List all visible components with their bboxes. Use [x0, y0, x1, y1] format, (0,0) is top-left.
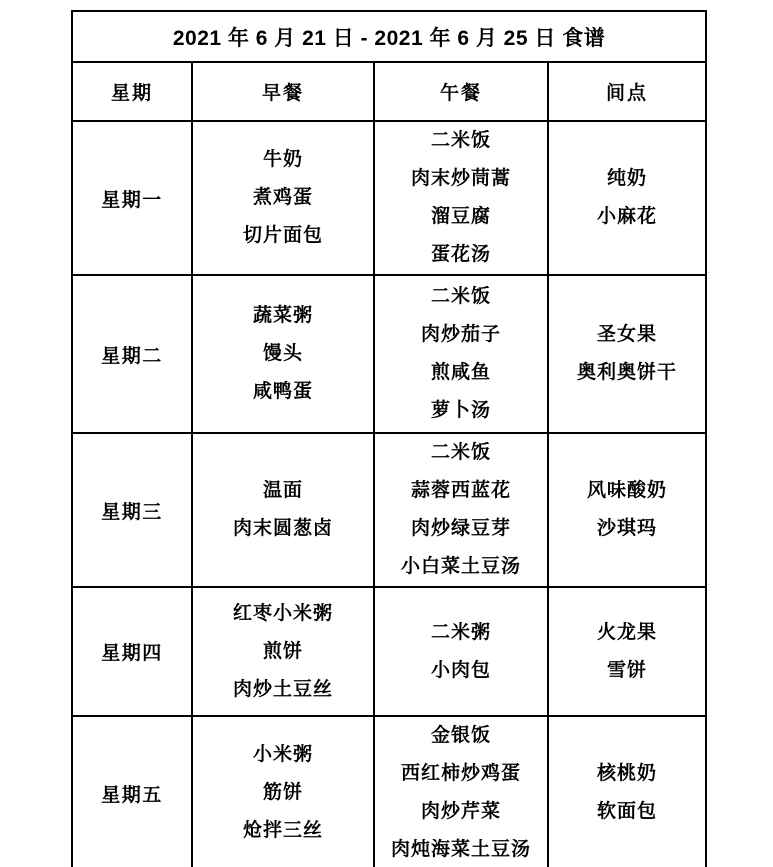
dish-item: 红枣小米粥 [193, 595, 373, 633]
document-page: 2021 年 6 月 21 日 - 2021 年 6 月 25 日 食谱 星期 … [0, 0, 773, 867]
dish-item: 二米饭 [375, 278, 547, 316]
lunch-cell: 二米饭 肉末炒茼蒿 溜豆腐 蛋花汤 [374, 121, 548, 275]
dish-item: 萝卜汤 [375, 392, 547, 430]
dish-item: 煎咸鱼 [375, 354, 547, 392]
table-row-thursday: 星期四 红枣小米粥 煎饼 肉炒土豆丝 二米粥 小肉包 火龙果 雪饼 [72, 587, 706, 716]
snack-cell: 核桃奶 软面包 [548, 716, 706, 867]
snack-cell: 圣女果 奥利奥饼干 [548, 275, 706, 433]
day-cell: 星期三 [72, 433, 192, 587]
dish-item: 蛋花汤 [375, 236, 547, 274]
lunch-cell: 二米饭 肉炒茄子 煎咸鱼 萝卜汤 [374, 275, 548, 433]
col-header-breakfast: 早餐 [192, 62, 374, 121]
dish-item: 煮鸡蛋 [193, 179, 373, 217]
table-row-wednesday: 星期三 温面 肉末圆葱卤 二米饭 蒜蓉西蓝花 肉炒绿豆芽 小白菜土豆汤 风味酸奶… [72, 433, 706, 587]
day-cell: 星期二 [72, 275, 192, 433]
col-header-weekday: 星期 [72, 62, 192, 121]
dish-item: 肉炒芹菜 [375, 793, 547, 831]
dish-item: 咸鸭蛋 [193, 373, 373, 411]
col-header-lunch: 午餐 [374, 62, 548, 121]
dish-item: 肉炒茄子 [375, 316, 547, 354]
breakfast-cell: 小米粥 筋饼 炝拌三丝 [192, 716, 374, 867]
day-cell: 星期四 [72, 587, 192, 716]
header-row: 星期 早餐 午餐 间点 [72, 62, 706, 121]
breakfast-cell: 牛奶 煮鸡蛋 切片面包 [192, 121, 374, 275]
lunch-cell: 二米饭 蒜蓉西蓝花 肉炒绿豆芽 小白菜土豆汤 [374, 433, 548, 587]
dish-item: 肉炒绿豆芽 [375, 510, 547, 548]
dish-item: 圣女果 [549, 316, 705, 354]
dish-item: 肉末圆葱卤 [193, 510, 373, 548]
breakfast-cell: 蔬菜粥 馒头 咸鸭蛋 [192, 275, 374, 433]
dish-item: 肉炖海菜土豆汤 [375, 831, 547, 867]
dish-item: 肉炒土豆丝 [193, 671, 373, 709]
lunch-cell: 金银饭 西红柿炒鸡蛋 肉炒芹菜 肉炖海菜土豆汤 [374, 716, 548, 867]
dish-item: 馒头 [193, 335, 373, 373]
snack-cell: 风味酸奶 沙琪玛 [548, 433, 706, 587]
snack-cell: 纯奶 小麻花 [548, 121, 706, 275]
day-cell: 星期五 [72, 716, 192, 867]
dish-item: 小麻花 [549, 198, 705, 236]
breakfast-cell: 温面 肉末圆葱卤 [192, 433, 374, 587]
snack-cell: 火龙果 雪饼 [548, 587, 706, 716]
dish-item: 肉末炒茼蒿 [375, 160, 547, 198]
dish-item: 煎饼 [193, 633, 373, 671]
dish-item: 软面包 [549, 793, 705, 831]
dish-item: 风味酸奶 [549, 472, 705, 510]
dish-item: 小米粥 [193, 736, 373, 774]
col-header-snack: 间点 [548, 62, 706, 121]
table-row-monday: 星期一 牛奶 煮鸡蛋 切片面包 二米饭 肉末炒茼蒿 溜豆腐 蛋花汤 纯奶 小麻花 [72, 121, 706, 275]
dish-item: 蒜蓉西蓝花 [375, 472, 547, 510]
dish-item: 二米粥 [375, 614, 547, 652]
dish-item: 二米饭 [375, 434, 547, 472]
dish-item: 牛奶 [193, 141, 373, 179]
dish-item: 温面 [193, 472, 373, 510]
dish-item: 沙琪玛 [549, 510, 705, 548]
table-row-friday: 星期五 小米粥 筋饼 炝拌三丝 金银饭 西红柿炒鸡蛋 肉炒芹菜 肉炖海菜土豆汤 … [72, 716, 706, 867]
dish-item: 纯奶 [549, 160, 705, 198]
dish-item: 溜豆腐 [375, 198, 547, 236]
dish-item: 小白菜土豆汤 [375, 548, 547, 586]
dish-item: 筋饼 [193, 774, 373, 812]
dish-item: 西红柿炒鸡蛋 [375, 755, 547, 793]
dish-item: 雪饼 [549, 652, 705, 690]
menu-table: 2021 年 6 月 21 日 - 2021 年 6 月 25 日 食谱 星期 … [71, 10, 707, 867]
dish-item: 小肉包 [375, 652, 547, 690]
dish-item: 火龙果 [549, 614, 705, 652]
table-title: 2021 年 6 月 21 日 - 2021 年 6 月 25 日 食谱 [72, 11, 706, 62]
dish-item: 二米饭 [375, 122, 547, 160]
title-row: 2021 年 6 月 21 日 - 2021 年 6 月 25 日 食谱 [72, 11, 706, 62]
table-row-tuesday: 星期二 蔬菜粥 馒头 咸鸭蛋 二米饭 肉炒茄子 煎咸鱼 萝卜汤 圣女果 奥利奥饼… [72, 275, 706, 433]
dish-item: 金银饭 [375, 717, 547, 755]
dish-item: 切片面包 [193, 217, 373, 255]
lunch-cell: 二米粥 小肉包 [374, 587, 548, 716]
dish-item: 炝拌三丝 [193, 812, 373, 850]
breakfast-cell: 红枣小米粥 煎饼 肉炒土豆丝 [192, 587, 374, 716]
dish-item: 蔬菜粥 [193, 297, 373, 335]
dish-item: 核桃奶 [549, 755, 705, 793]
day-cell: 星期一 [72, 121, 192, 275]
dish-item: 奥利奥饼干 [549, 354, 705, 392]
